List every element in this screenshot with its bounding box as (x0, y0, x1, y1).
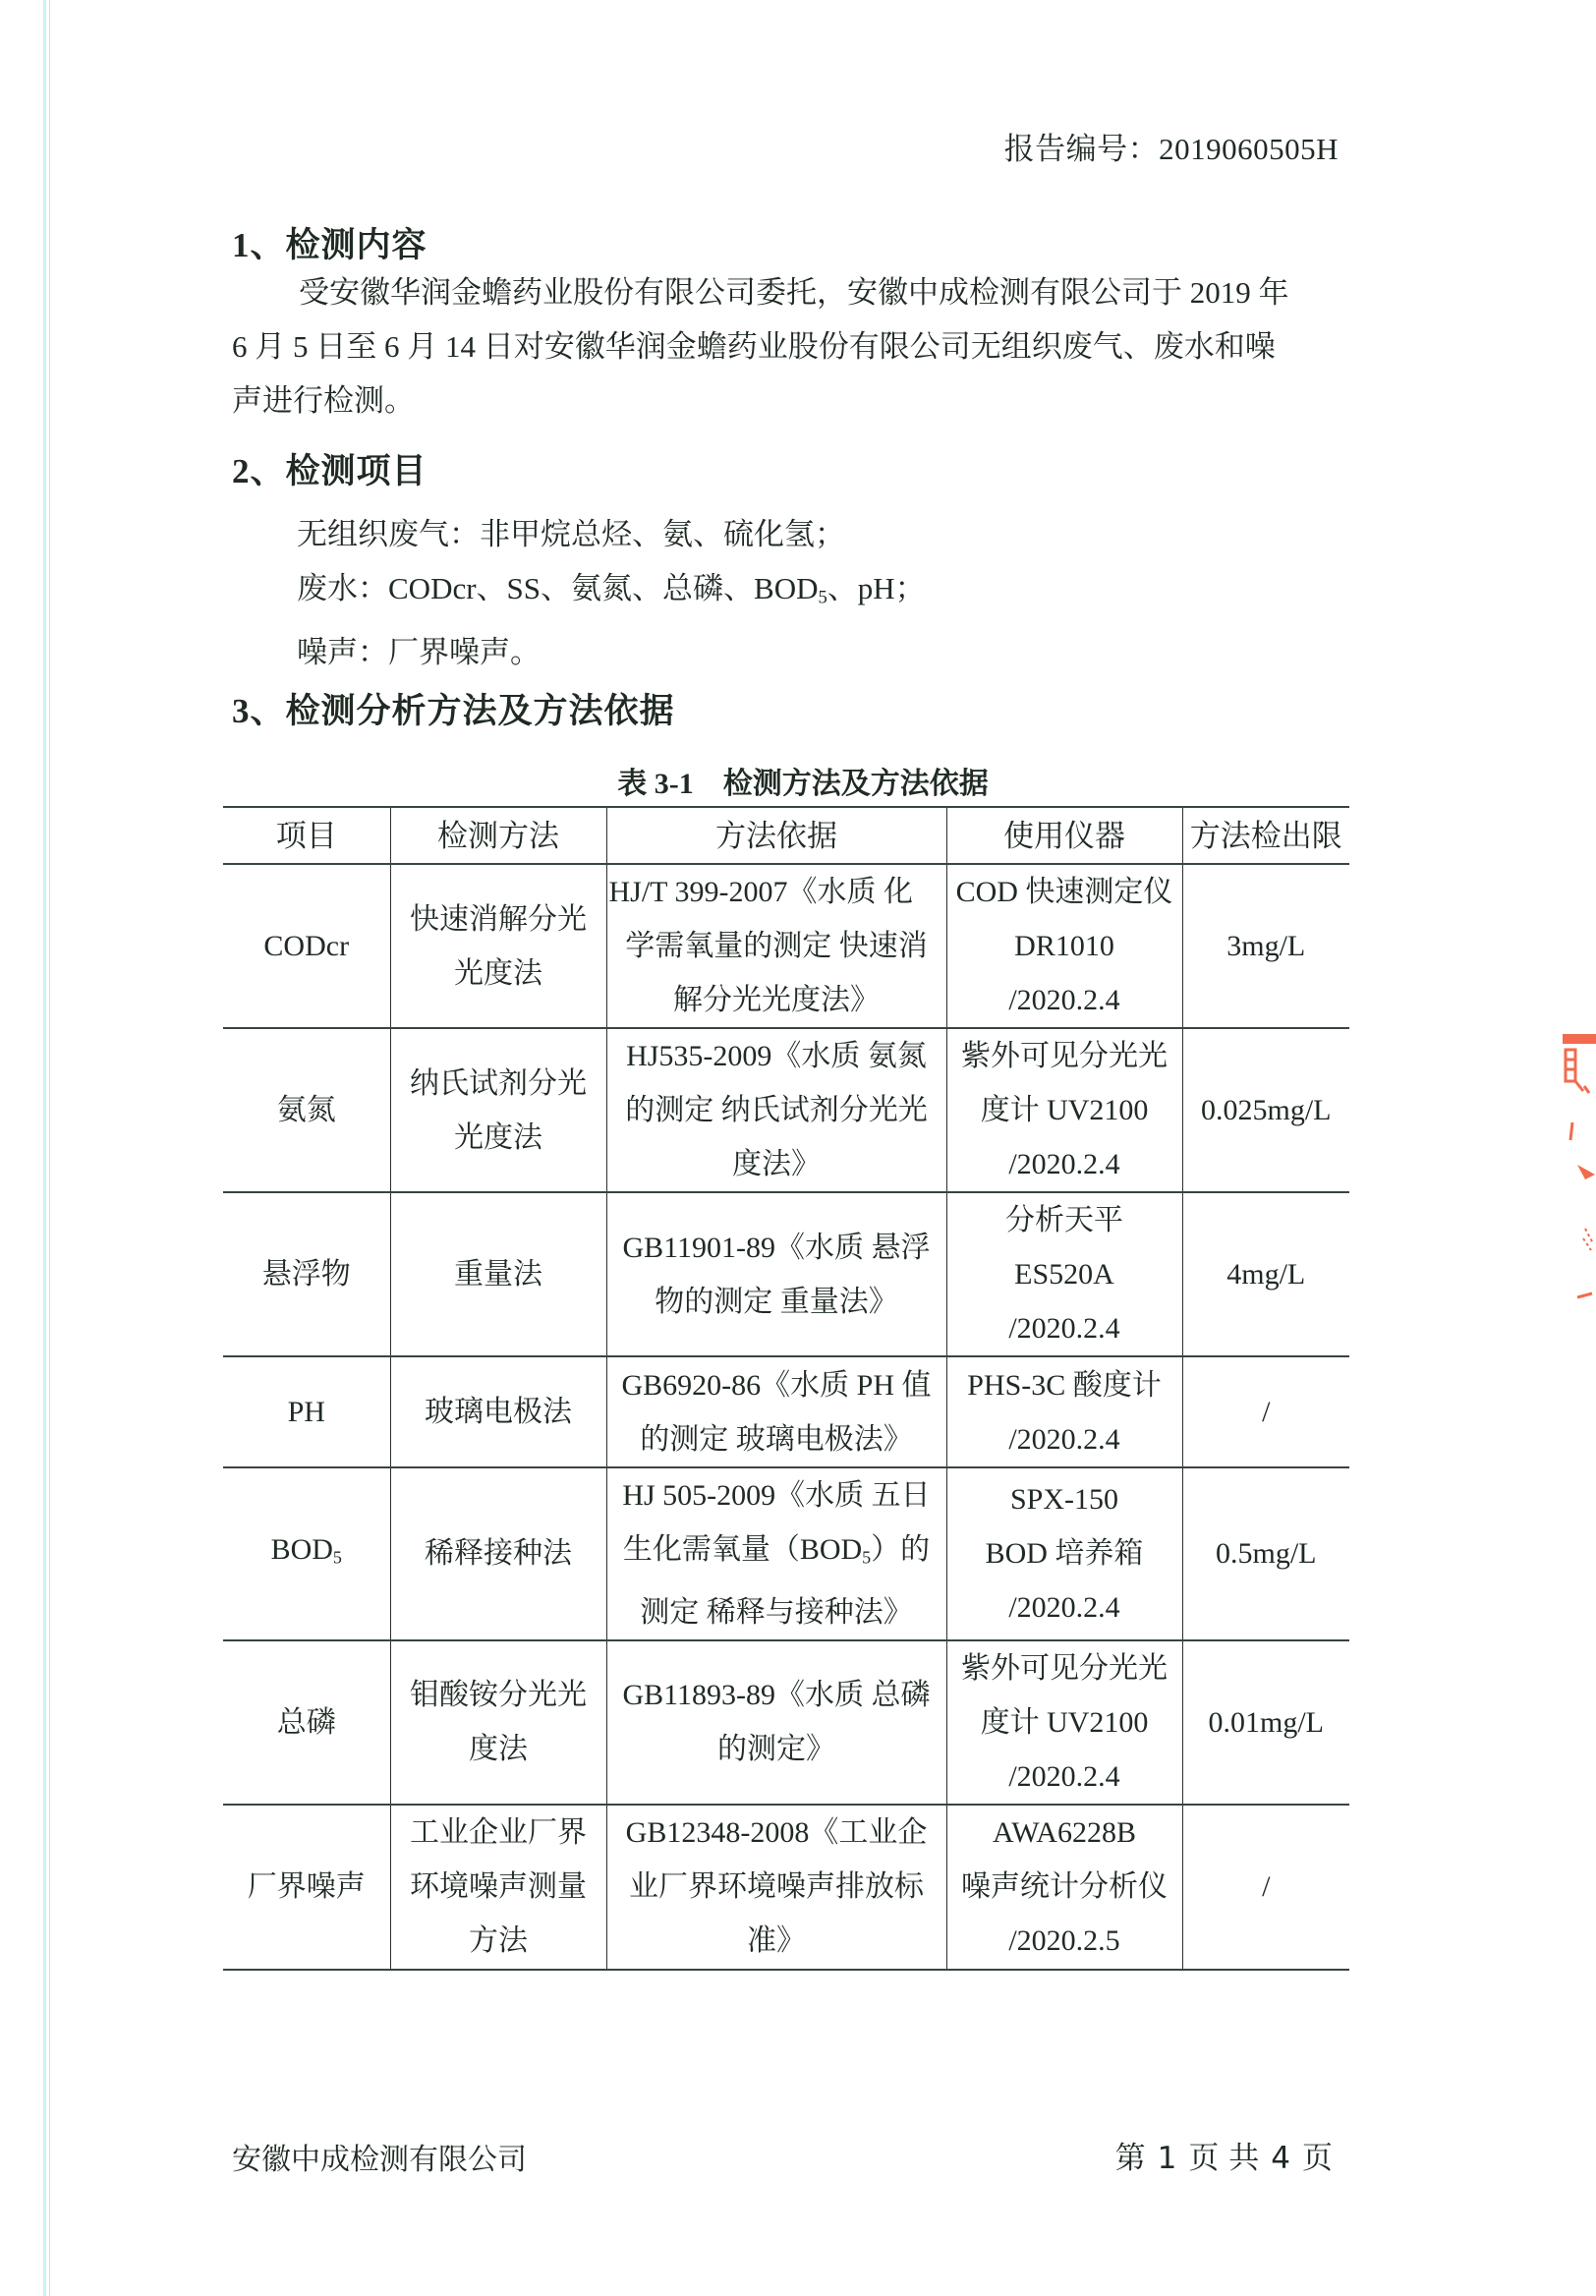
header-instrument: 使用仪器 (946, 807, 1182, 864)
paragraph-line: 声进行检测。 (232, 383, 415, 418)
test-items-list: 无组织废气：非甲烷总烃、氨、硫化氢； 废水：CODcr、SS、氨氮、总磷、BOD… (297, 507, 926, 679)
cell-item: BOD5 (223, 1467, 390, 1640)
cell-limit: 3mg/L (1182, 864, 1349, 1028)
header-method: 检测方法 (390, 807, 606, 864)
test-item-wastewater: 废水：CODcr、SS、氨氮、总磷、BOD5、pH； (297, 561, 926, 625)
section-heading-2: 2、检测项目 (232, 444, 427, 493)
table-header-row: 项目 检测方法 方法依据 使用仪器 方法检出限 (223, 807, 1349, 864)
cell-method: 快速消解分光光度法 (390, 864, 606, 1028)
cell-basis: HJ 505-2009《水质 五日生化需氧量（BOD5）的测定 稀释与接种法》 (606, 1467, 946, 1640)
cell-item: 厂界噪声 (223, 1805, 390, 1970)
table-title: 检测方法及方法依据 (723, 768, 989, 800)
cell-limit: 4mg/L (1182, 1192, 1349, 1356)
cell-instrument: COD 快速测定仪DR1010/2020.2.4 (946, 864, 1182, 1028)
cell-limit: / (1182, 1805, 1349, 1970)
table-row: 氨氮 纳氏试剂分光光度法 HJ535-2009《水质 氨氮的测定 纳氏试剂分光光… (223, 1028, 1349, 1192)
cell-instrument: AWA6228B噪声统计分析仪/2020.2.5 (946, 1805, 1182, 1970)
test-item-exhaust-gas: 无组织废气：非甲烷总烃、氨、硫化氢； (297, 507, 926, 561)
cell-instrument: SPX-150BOD 培养箱/2020.2.4 (946, 1467, 1182, 1640)
cell-limit: 0.01mg/L (1182, 1640, 1349, 1805)
table-row: 悬浮物 重量法 GB11901-89《水质 悬浮物的测定 重量法》 分析天平ES… (223, 1192, 1349, 1356)
footer-company: 安徽中成检测有限公司 (232, 2135, 527, 2178)
current-page-number: 1 (1158, 2141, 1177, 2176)
cell-method: 玻璃电极法 (390, 1356, 606, 1467)
cell-basis: GB6920-86《水质 PH 值的测定 玻璃电极法》 (606, 1356, 946, 1467)
table-row: PH 玻璃电极法 GB6920-86《水质 PH 值的测定 玻璃电极法》 PHS… (223, 1356, 1349, 1467)
scan-edge-line (43, 0, 46, 2296)
table-row: CODcr 快速消解分光光度法 HJ/T 399-2007《水质 化学需氧量的测… (223, 864, 1349, 1028)
cell-method: 钼酸铵分光光度法 (390, 1640, 606, 1805)
header-limit: 方法检出限 (1182, 807, 1349, 864)
cell-method: 重量法 (390, 1192, 606, 1356)
report-number-value: 2019060505H (1159, 132, 1339, 166)
scan-edge-line (49, 0, 50, 2296)
cell-item: PH (223, 1356, 390, 1467)
cell-item: 氨氮 (223, 1028, 390, 1192)
total-pages-number: 4 (1271, 2141, 1290, 2176)
section-heading-3: 3、检测分析方法及方法依据 (232, 684, 675, 733)
page-indicator: 第1页 共4页 (1110, 2133, 1339, 2177)
red-seal-stamp-icon (1558, 1032, 1596, 1327)
header-basis: 方法依据 (606, 807, 946, 864)
cell-basis: GB11901-89《水质 悬浮物的测定 重量法》 (606, 1192, 946, 1356)
cell-basis: HJ535-2009《水质 氨氮的测定 纳氏试剂分光光度法》 (606, 1028, 946, 1192)
section1-paragraph: 受安徽华润金蟾药业股份有限公司委托，安徽中成检测有限公司于 2019 年 6 月… (232, 265, 1352, 428)
table-row: BOD5 稀释接种法 HJ 505-2009《水质 五日生化需氧量（BOD5）的… (223, 1467, 1349, 1640)
cell-basis: GB11893-89《水质 总磷的测定》 (606, 1640, 946, 1805)
report-number-label: 报告编号： (1004, 132, 1160, 166)
cell-method: 稀释接种法 (390, 1467, 606, 1640)
section-heading-1: 1、检测内容 (232, 218, 427, 267)
cell-method: 纳氏试剂分光光度法 (390, 1028, 606, 1192)
paragraph-line: 6 月 5 日至 6 月 14 日对安徽华润金蟾药业股份有限公司无组织废气、废水… (232, 329, 1276, 364)
cell-item: 悬浮物 (223, 1192, 390, 1356)
table-caption: 表 3-1检测方法及方法依据 (0, 759, 1596, 802)
paragraph-line: 受安徽华润金蟾药业股份有限公司委托，安徽中成检测有限公司于 2019 年 (299, 275, 1289, 310)
cell-item: 总磷 (223, 1640, 390, 1805)
header-item: 项目 (223, 807, 390, 864)
cell-basis: GB12348-2008《工业企业厂界环境噪声排放标准》 (606, 1805, 946, 1970)
cell-limit: 0.025mg/L (1182, 1028, 1349, 1192)
cell-item: CODcr (223, 864, 390, 1028)
table-row: 总磷 钼酸铵分光光度法 GB11893-89《水质 总磷的测定》 紫外可见分光光… (223, 1640, 1349, 1805)
cell-instrument: 紫外可见分光光度计 UV2100/2020.2.4 (946, 1640, 1182, 1805)
cell-instrument: PHS-3C 酸度计/2020.2.4 (946, 1356, 1182, 1467)
report-number: 报告编号：2019060505H (1004, 124, 1339, 168)
cell-instrument: 紫外可见分光光度计 UV2100/2020.2.4 (946, 1028, 1182, 1192)
cell-method: 工业企业厂界环境噪声测量方法 (390, 1805, 606, 1970)
test-item-noise: 噪声：厂界噪声。 (297, 625, 926, 679)
table-row: 厂界噪声 工业企业厂界环境噪声测量方法 GB12348-2008《工业企业厂界环… (223, 1805, 1349, 1970)
cell-instrument: 分析天平ES520A/2020.2.4 (946, 1192, 1182, 1356)
methods-table: 项目 检测方法 方法依据 使用仪器 方法检出限 CODcr 快速消解分光光度法 … (223, 806, 1349, 1971)
cell-basis: HJ/T 399-2007《水质 化学需氧量的测定 快速消解分光光度法》 (606, 864, 946, 1028)
cell-limit: / (1182, 1356, 1349, 1467)
cell-limit: 0.5mg/L (1182, 1467, 1349, 1640)
table-number: 表 3-1 (617, 768, 694, 800)
